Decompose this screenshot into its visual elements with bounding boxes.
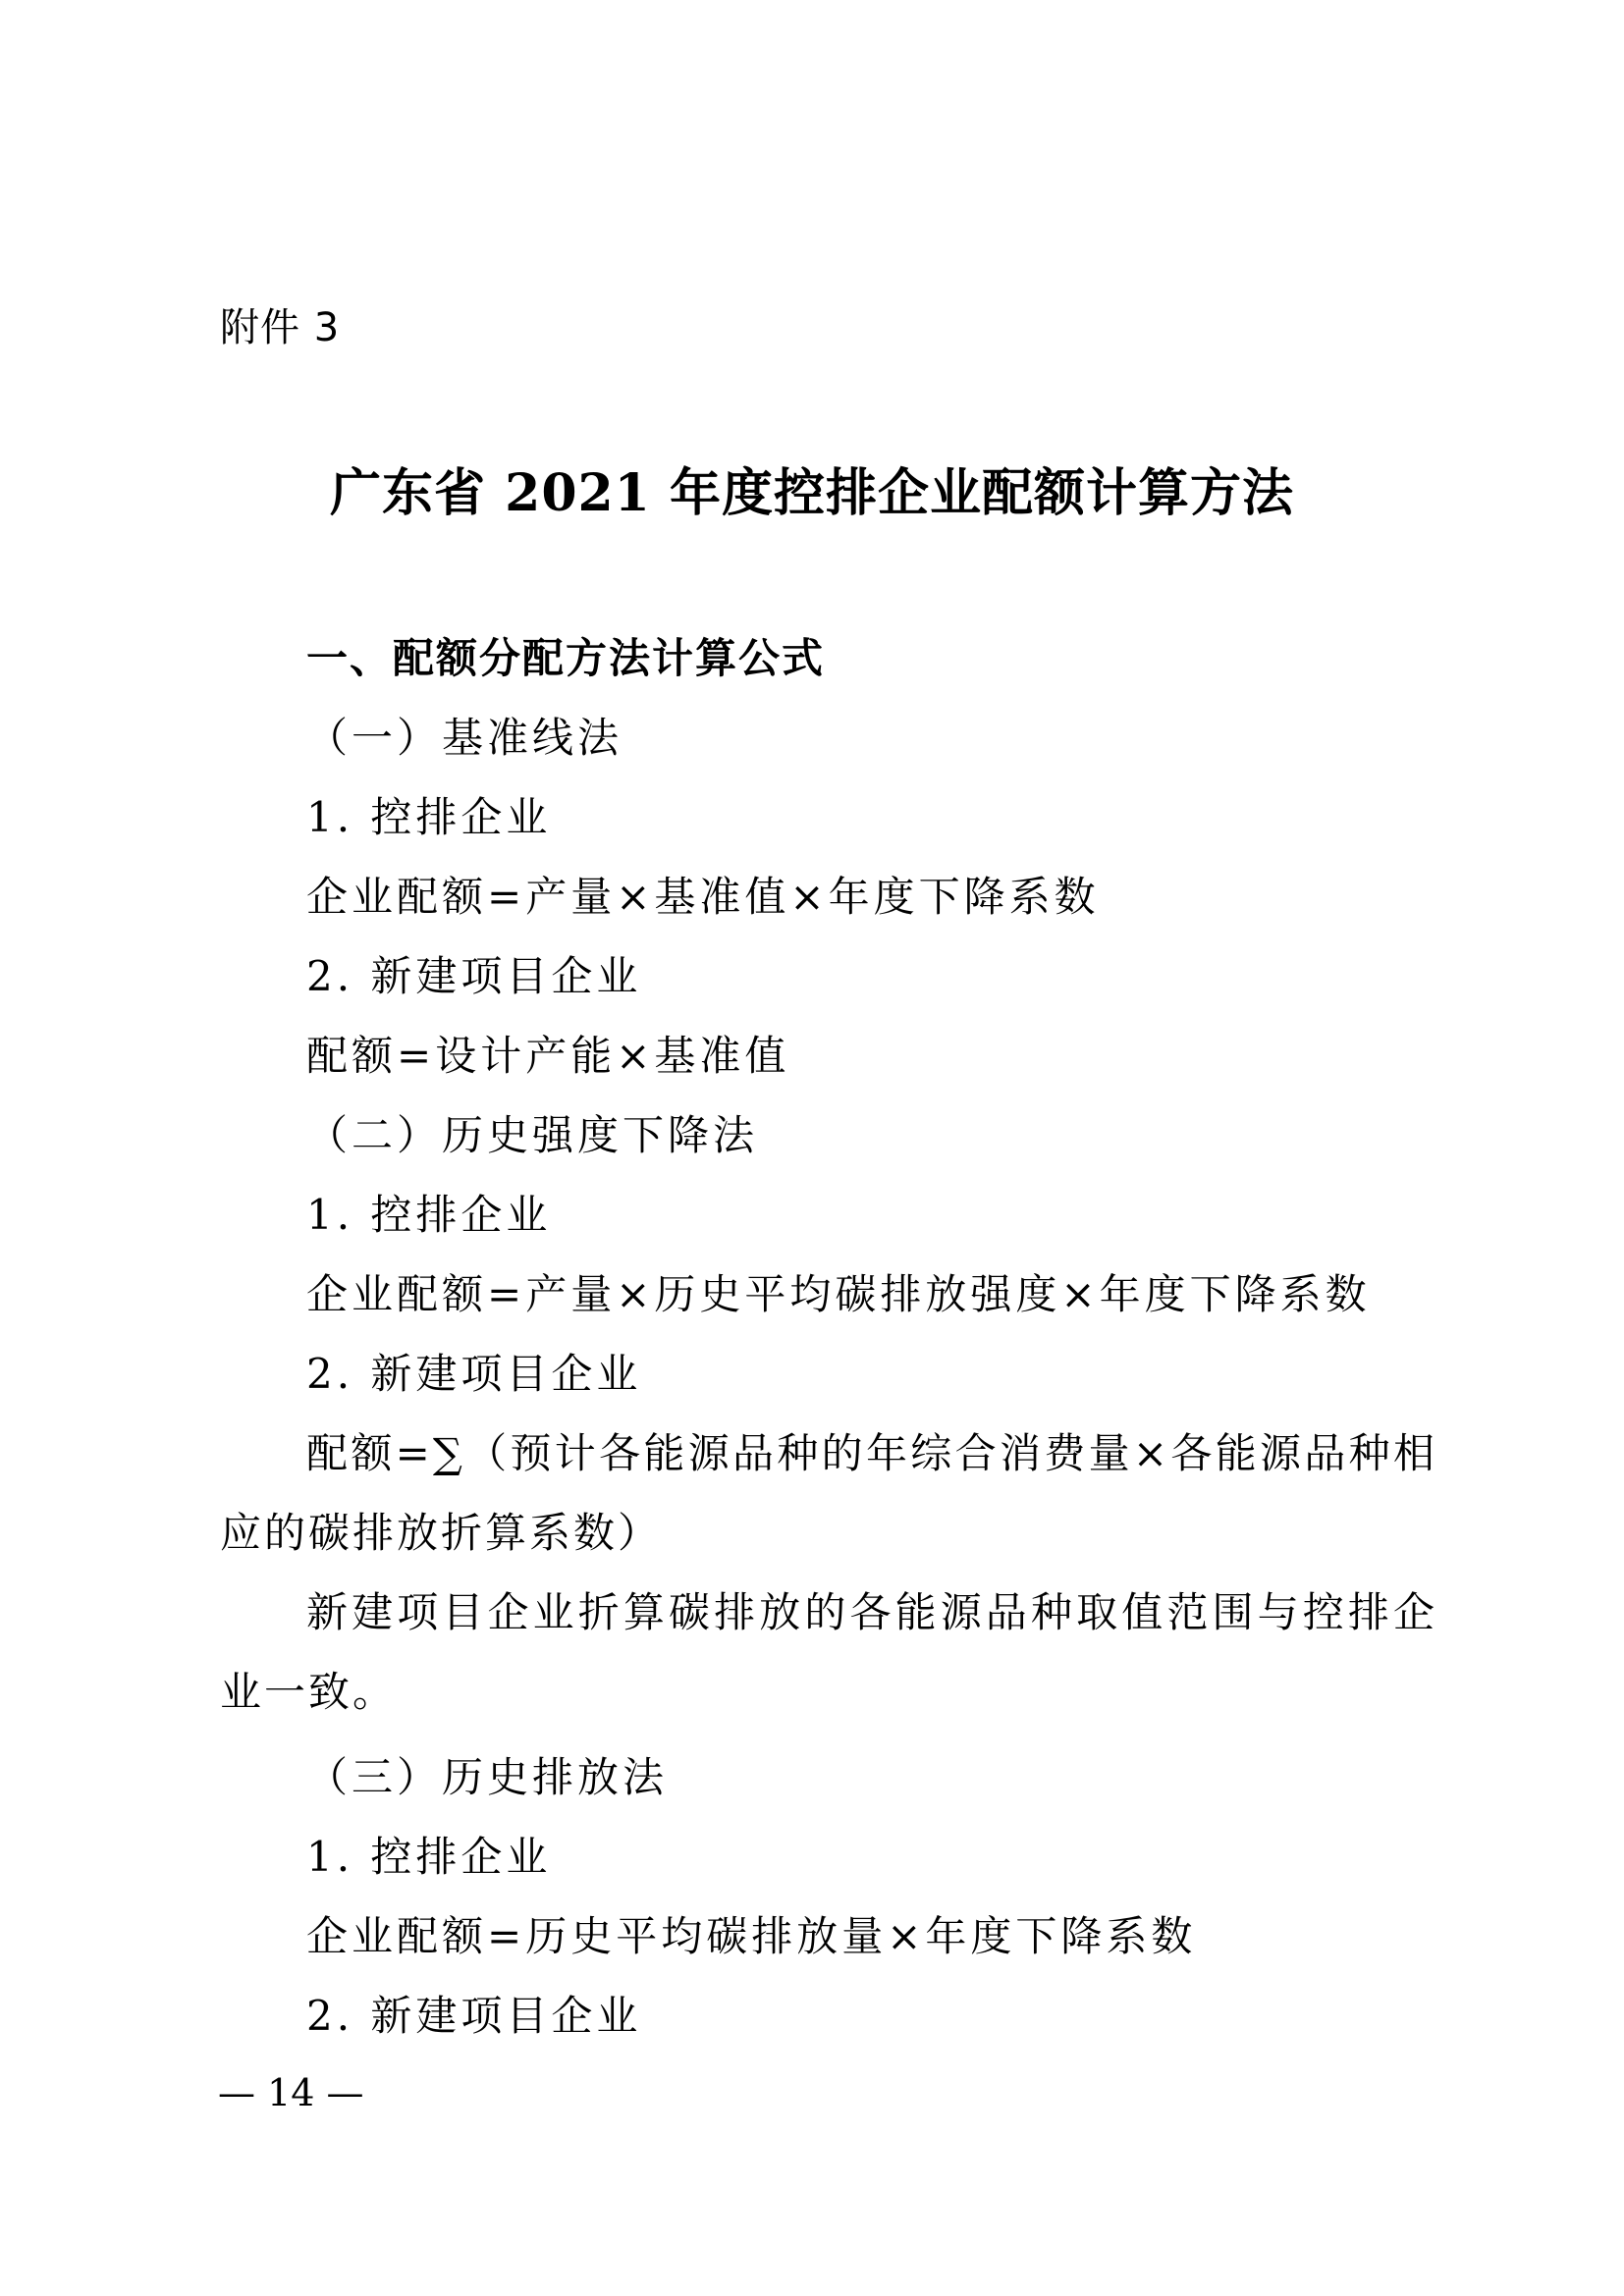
document-page: 附件 3 广东省 2021 年度控排企业配额计算方法 一、配额分配方法计算公式 … — [0, 0, 1624, 2296]
method-2-item-2-note: 新建项目企业折算碳排放的各能源品种取值范围与控排企业一致。 — [220, 1573, 1437, 1732]
method-1-item-2-formula: 配额=设计产能×基准值 — [220, 1016, 1437, 1095]
method-2-item-2-formula: 配额=∑（预计各能源品种的年综合消费量×各能源品种相应的碳排放折算系数） — [220, 1414, 1437, 1573]
section-heading: 一、配额分配方法计算公式 — [220, 618, 1437, 698]
page-number: — 14 — — [218, 2069, 364, 2116]
method-2-heading: （二）历史强度下降法 — [220, 1095, 1437, 1175]
method-2-item-1-label: 1. 控排企业 — [220, 1175, 1437, 1255]
method-3-item-2-label: 2. 新建项目企业 — [220, 1976, 1437, 2056]
method-2-item-1-formula: 企业配额=产量×历史平均碳排放强度×年度下降系数 — [220, 1255, 1437, 1334]
method-2-item-2-label: 2. 新建项目企业 — [220, 1334, 1437, 1414]
method-3-item-1-label: 1. 控排企业 — [220, 1817, 1437, 1896]
attachment-label: 附件 3 — [220, 304, 340, 351]
method-1-item-1-label: 1. 控排企业 — [220, 777, 1437, 857]
method-3-heading: （三）历史排放法 — [220, 1737, 1437, 1817]
method-1-item-2-label: 2. 新建项目企业 — [220, 936, 1437, 1016]
document-title: 广东省 2021 年度控排企业配额计算方法 — [0, 461, 1624, 526]
method-1-item-1-formula: 企业配额=产量×基准值×年度下降系数 — [220, 857, 1437, 936]
method-1-heading: （一）基准线法 — [220, 698, 1437, 777]
document-body: 一、配额分配方法计算公式 （一）基准线法 1. 控排企业 企业配额=产量×基准值… — [220, 618, 1437, 2056]
method-3-item-1-formula: 企业配额=历史平均碳排放量×年度下降系数 — [220, 1896, 1437, 1976]
